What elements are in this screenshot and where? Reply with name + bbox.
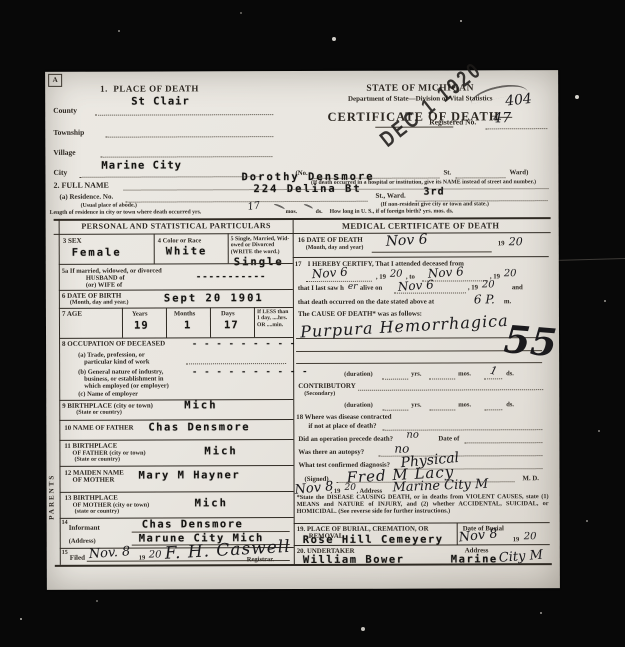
lastsaw-label-2: alive on — [360, 285, 382, 293]
violent-causes-footnote: *State the DISEASE CAUSING DEATH, or in … — [297, 494, 549, 516]
age-days-label: Days — [221, 310, 235, 317]
occupation-c-label: (c) Name of employer — [78, 391, 138, 398]
age-divider-1 — [122, 308, 123, 338]
mother-bp-value: Mich — [195, 497, 228, 509]
spouse-label-3: (or) WIFE of — [86, 282, 122, 289]
lastsaw-year-value: 20 — [482, 279, 495, 290]
duration-ds-line — [484, 378, 502, 379]
registrar-label: Registrar. — [247, 556, 274, 563]
attended-from-line — [306, 281, 372, 282]
cause-code-value: 55 — [502, 316, 558, 365]
ds-label: ds. — [316, 209, 323, 216]
age-less-2: 1 day, ....hrs. — [257, 315, 287, 321]
place-of-death-heading: 1. PLACE OF DEATH — [100, 83, 199, 93]
where-contracted-label-1: 18 Where was disease contracted — [296, 414, 391, 422]
dod-year-printed: 19 — [498, 240, 505, 248]
occupation-a-label-2: particular kind of work — [84, 359, 149, 366]
age-divider-3 — [210, 307, 211, 337]
undertaker-city-typed: Marine — [451, 553, 498, 565]
township-label: Township — [53, 129, 84, 137]
lastsaw-date-value: Nov 6 — [397, 277, 434, 294]
death-occurred-label: that death occurred on the date stated a… — [298, 299, 434, 307]
lastsaw-year-printed: , 19 — [468, 284, 478, 292]
contributory-line — [358, 389, 543, 391]
lastsaw-label-1: that I last saw h — [298, 285, 344, 293]
dod-value: Nov 6 — [385, 231, 428, 249]
abode-note: (Usual place of abode.) — [81, 203, 137, 210]
rule-father-row — [59, 439, 293, 441]
place-of-death-label: PLACE OF DEATH — [113, 83, 199, 93]
rule-father-bp-row — [59, 465, 293, 467]
occupation-a-line — [186, 363, 286, 364]
occupation-value: - - - - - - - - - — [192, 339, 296, 349]
duration-yrs-label: yrs. — [411, 371, 421, 378]
dod-year-value: 20 — [509, 235, 523, 248]
death-time-m-label: m. — [504, 298, 511, 306]
autopsy-label: Was there an autopsy? — [298, 449, 364, 457]
undertaker-city-hw: City M — [498, 548, 543, 566]
mother-value: Mary M Hayner — [138, 469, 240, 481]
informant-value: Chas Densmore — [142, 518, 244, 530]
place-of-death-number: 1. — [100, 84, 108, 94]
received-stamp: DEC 1 1920 — [375, 57, 487, 153]
age-months-label: Months — [174, 310, 195, 317]
length-residence-value: 17 — [247, 200, 261, 213]
occupation-b-label-3: which employed (or employer) — [84, 382, 169, 390]
marital-label-3: (WRITE the word.) — [231, 249, 280, 255]
parents-vertical-label: PARENTS — [47, 424, 55, 520]
duration-mos-line — [429, 378, 455, 379]
nonresident-note: (If non-resident give city or town and s… — [381, 201, 489, 208]
duration2-yrs-line — [382, 410, 408, 411]
informant-label: Informant — [69, 525, 100, 533]
filed-number: 15 — [62, 550, 68, 557]
county-line — [95, 114, 273, 116]
mother-bp-sublabel: (state or country) — [75, 509, 120, 516]
dod-label: 16 DATE OF DEATH — [298, 237, 363, 245]
city-value: Marine City — [101, 159, 182, 171]
residence-label: (a) Residence. No. — [60, 194, 114, 202]
age-months-value: 1 — [184, 319, 191, 331]
undertaker-value: William Bower — [303, 554, 405, 566]
foreign-birth-label: How long in U. S., if of foreign birth? … — [330, 208, 454, 215]
st-line — [455, 177, 505, 178]
attended-from-value: Nov 6 — [311, 265, 348, 282]
informant-number: 14 — [62, 520, 68, 527]
operation-value: no — [406, 430, 419, 441]
sex-value: Female — [72, 247, 122, 259]
duration2-mos-label: mos. — [458, 401, 471, 408]
full-name-value: Dorothy Densmore — [241, 171, 374, 183]
death-certificate: A 1. PLACE OF DEATH St Clair County Town… — [45, 70, 560, 590]
sign-year-value: 20 — [345, 483, 356, 493]
township-line — [105, 136, 273, 138]
duration-label: (duration) — [344, 371, 373, 378]
ward-value: 3rd — [424, 187, 445, 198]
father-bp-sublabel: (State or country) — [74, 457, 120, 464]
medical-section-title: MEDICAL CERTIFICATE OF DEATH — [293, 221, 549, 231]
sex-label: 3 SEX — [63, 238, 82, 246]
age-divider-4 — [254, 307, 255, 337]
mos-label: mos. — [286, 209, 297, 216]
rule-occupation-row — [59, 399, 293, 401]
sex-race-divider — [154, 234, 155, 264]
duration2-ds-line — [484, 409, 502, 410]
marital-label: 5 Single, Married, Wid-owed or Divorced(… — [231, 236, 290, 256]
length-residence-label: Length of residence in city or town wher… — [50, 209, 202, 216]
corner-mark: A — [48, 74, 62, 87]
burial-year-value: 20 — [524, 531, 537, 542]
where-contracted-label-2: if not at place of death? — [308, 423, 376, 431]
dob-sublabel: (Month, day and year.) — [70, 300, 129, 307]
death-time-value: 6 P. — [474, 292, 495, 306]
county-label: County — [53, 107, 77, 115]
dod-line — [372, 251, 492, 252]
from-year-value: 20 — [390, 269, 403, 280]
dob-value: Sept 20 1901 — [164, 292, 264, 304]
duration2-ds-label: ds. — [506, 401, 514, 408]
father-label: 10 NAME OF FATHER — [64, 425, 133, 433]
burial-year-printed: 19 — [513, 536, 520, 543]
duration2-label: (duration) — [344, 402, 373, 409]
lastsaw-label-3: and — [512, 284, 523, 292]
age-divider-2 — [166, 307, 167, 337]
to-year-value: 20 — [504, 268, 517, 279]
duration-ds-value: 1 — [489, 364, 499, 378]
rule-mother-row — [60, 491, 294, 493]
registered-no-line — [485, 128, 547, 129]
marital-label-1: 5 Single, Married, Wid- — [231, 236, 290, 242]
certify-number: 17 — [295, 261, 302, 269]
rule-under-titles — [54, 232, 551, 235]
occupation-label: 8 OCCUPATION OF DECEASED — [62, 340, 165, 348]
filed-label: Filed — [70, 555, 85, 563]
tick-mark-mos — [274, 203, 286, 210]
duration2-yrs-label: yrs. — [411, 402, 421, 409]
informant-address-label: (Address) — [69, 538, 96, 545]
column-divider — [293, 218, 295, 564]
occupation-b-value: - - - - - - - - - - — [192, 367, 308, 377]
dust-specks — [0, 0, 2, 2]
father-value: Chas Densmore — [148, 421, 250, 433]
lastsaw-pronoun: er — [348, 282, 358, 292]
duration-mos-label: mos. — [458, 370, 471, 377]
age-less-1: If LESS than — [257, 309, 288, 315]
filed-year-value: 20 — [149, 549, 162, 560]
md-label: M. D. — [523, 475, 539, 483]
rule-undertaker-top — [294, 544, 550, 546]
city-label: City — [53, 169, 67, 177]
residence-street-value: 224 Delina Bt — [253, 183, 361, 195]
race-marital-divider — [228, 233, 229, 263]
operation-dateof-label: Date of — [438, 435, 459, 443]
registered-no-label: Registered No. — [429, 118, 476, 127]
rule-spouse-row — [59, 289, 293, 291]
duration-yrs-line — [382, 379, 408, 380]
duration-ds-label: ds. — [506, 370, 514, 377]
age-years-value: 19 — [134, 320, 149, 332]
cause-line-3 — [296, 362, 542, 364]
left-margin-line — [59, 219, 61, 565]
age-less-3: OR ....min. — [257, 322, 283, 328]
village-line — [100, 156, 272, 158]
registered-no-value: 47 — [493, 110, 511, 126]
city-line — [79, 176, 261, 178]
spouse-value: ----------- — [196, 272, 267, 282]
marital-label-2: owed or Divorced — [231, 243, 275, 249]
duration2-mos-line — [429, 409, 455, 410]
age-less-label: If LESS than1 day, ....hrs.OR ....min. — [257, 309, 288, 328]
secondary-label: (Secondary) — [304, 391, 335, 398]
from-year-printed: , 19 — [376, 274, 386, 282]
st-label: St. — [443, 169, 451, 177]
age-days-value: 17 — [224, 319, 239, 331]
dod-sublabel: (Month, day and year) — [306, 245, 364, 252]
full-name-label: 2. FULL NAME — [53, 182, 108, 191]
operation-label: Did an operation precede death? — [298, 436, 393, 444]
village-label: Village — [53, 149, 75, 157]
filed-date-value: Nov. 8 — [88, 544, 131, 562]
ward-paren-label: Ward) — [509, 169, 528, 177]
st-ward-label: St., Ward. — [376, 193, 406, 201]
birthplace-value: Mich — [184, 399, 217, 411]
rule-dod-row — [293, 256, 549, 258]
rule-burial-top — [294, 522, 550, 524]
lastsaw-line — [394, 292, 466, 293]
birthplace-sublabel: (State or country) — [76, 410, 122, 417]
scan-background: A 1. PLACE OF DEATH St Clair County Town… — [0, 0, 625, 647]
scratch-mark — [553, 258, 625, 261]
burial-date-value: Nov 8 — [458, 526, 498, 545]
personal-section-title: PERSONAL AND STATISTICAL PARTICULARS — [60, 222, 293, 232]
mother-label-2: OF MOTHER — [73, 477, 115, 485]
father-bp-value: Mich — [204, 445, 237, 457]
age-label: 7 AGE — [62, 311, 82, 319]
operation-date-line — [464, 442, 542, 443]
race-label: 4 Color or Race — [158, 237, 202, 244]
race-value: White — [166, 245, 208, 257]
age-years-label: Years — [132, 311, 148, 318]
county-value: St Clair — [131, 95, 190, 107]
contributory-label: CONTRIBUTORY — [298, 383, 356, 391]
tick-mark-ds — [304, 203, 314, 209]
